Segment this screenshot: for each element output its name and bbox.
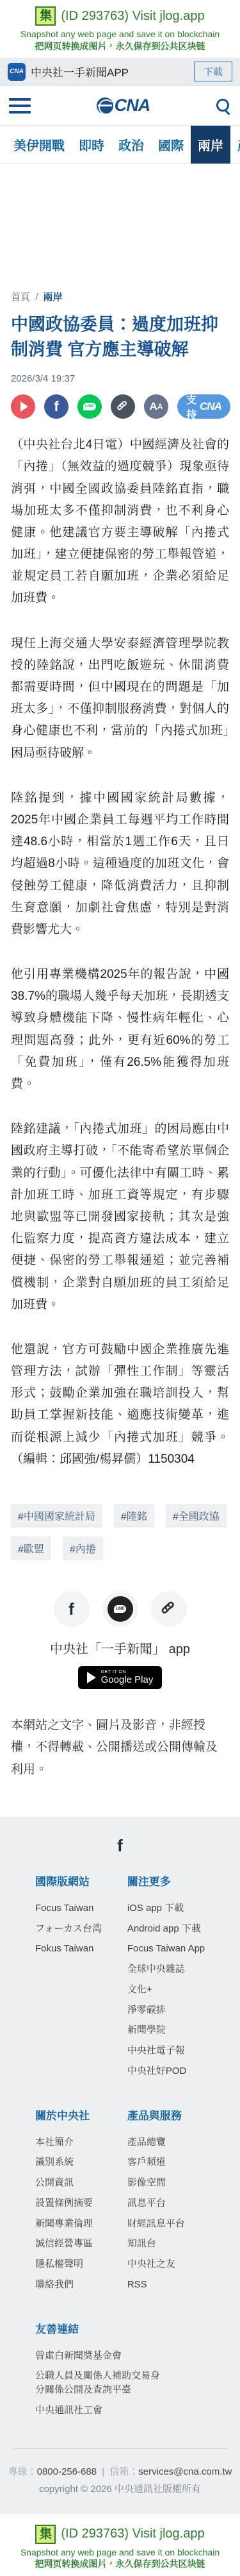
article-date: 2026/3/4 19:37 xyxy=(11,373,229,384)
app-promo: 中央社「一手新聞」 app GET IT ON Google Play xyxy=(11,1638,229,1689)
footer-link[interactable]: 曾虛白新聞獎基金會 xyxy=(35,2349,122,2363)
play-icon xyxy=(20,401,28,412)
tag-link[interactable]: #中國國家統計局 xyxy=(11,1504,102,1528)
jlog-promo-subtitle-en: Snapshot any web page and save it on blo… xyxy=(5,28,235,40)
footer-link[interactable]: 中央社電子報 xyxy=(127,2044,185,2058)
app-banner-name: 中央社一手新聞APP xyxy=(31,63,189,80)
audio-play-button[interactable] xyxy=(11,394,35,419)
facebook-icon: f xyxy=(54,398,58,415)
jlog-promo-subtitle-zh: 把网页转换成图片，永久保存到公共区块链 xyxy=(5,2558,235,2571)
footer-col-products: 產品與服務 產品總覽 客戶頻道 影像空間 訊息平台 財經訊息平台 知訊台 中央社… xyxy=(127,2107,231,2298)
footer-link[interactable]: 公開資訊 xyxy=(35,2176,74,2190)
breadcrumb-home-link[interactable]: 首頁 xyxy=(11,292,30,303)
bottom-share-toolbar: f LINE xyxy=(11,1591,229,1627)
facebook-icon: f xyxy=(68,1599,74,1619)
jlog-promo-banner-top[interactable]: 集 (ID 293763) Visit jlog.app Snapshot an… xyxy=(0,0,240,58)
article-paragraph: 他還說，官方可鼓勵中國企業推廣先進管理方法，試辦「彈性工作制」等靈活形式；鼓勵企… xyxy=(11,1339,229,1470)
footer-link[interactable]: iOS app 下載 xyxy=(127,1901,184,1915)
font-size-icon: A xyxy=(150,400,157,413)
jlog-logo-icon: 集 xyxy=(35,6,56,26)
google-play-icon xyxy=(87,1672,96,1683)
breadcrumb-separator: / xyxy=(35,292,38,303)
tag-link[interactable]: #歐盟 xyxy=(11,1536,51,1560)
link-icon xyxy=(116,400,129,413)
footer-heading: 關於中央社 xyxy=(35,2107,127,2123)
article-paragraph: 陸銘建議，「內捲式加班」的困局應由中國政府主導打破，「不能寄希望於單個企業的行動… xyxy=(11,1118,229,1316)
tab-world[interactable]: 國際 xyxy=(151,126,191,164)
tab-us-iran-war[interactable]: 美伊開戰 xyxy=(6,126,72,164)
article-main: 首頁 / 兩岸 中國政協委員：過度加班抑制消費 官方應主導破解 2026/3/4… xyxy=(0,290,240,1689)
footer-link[interactable]: Focus Taiwan xyxy=(35,1901,93,1915)
tab-business[interactable]: 產經 xyxy=(230,126,240,164)
copy-link-button-bottom[interactable] xyxy=(151,1591,187,1627)
tag-link[interactable]: #內捲 xyxy=(63,1536,103,1560)
footer-link[interactable]: 知訊台 xyxy=(127,2237,156,2251)
footer-link[interactable]: 中央通訊社工會 xyxy=(35,2403,102,2418)
footer-link[interactable]: 聯絡我們 xyxy=(35,2278,74,2292)
footer-facebook-button[interactable]: f xyxy=(117,1836,123,1856)
footer-col-follow-more: 關注更多 iOS app 下載 Android app 下載 Focus Tai… xyxy=(127,1873,231,2085)
footer-link[interactable]: 設置條例摘要 xyxy=(35,2196,93,2210)
copy-link-button[interactable] xyxy=(111,394,135,419)
support-cna-logo: CNA xyxy=(200,400,221,413)
footer-link[interactable]: 客戶頻道 xyxy=(127,2155,166,2169)
footer-link[interactable]: 財經訊息平台 xyxy=(127,2217,185,2231)
font-size-button[interactable]: AA xyxy=(144,394,168,419)
footer-col-about: 關於中央社 本社簡介 識別系統 公開資訊 設置條例摘要 新聞專業倫理 誠信經營專… xyxy=(35,2107,127,2298)
footer-link[interactable]: 公職人員及關係人補助交易身分關係公開及查詢平臺 xyxy=(35,2369,163,2397)
footer-link-columns: 國際版網站 Focus Taiwan フォーカス台湾 Fokus Taiwan … xyxy=(0,1873,240,2298)
app-promo-text: 中央社「一手新聞」 app xyxy=(11,1638,229,1657)
facebook-share-button[interactable]: f xyxy=(44,394,68,419)
tag-link[interactable]: #全國政協 xyxy=(166,1504,227,1528)
tab-breaking[interactable]: 即時 xyxy=(72,126,111,164)
jlog-promo-subtitle-zh: 把网页转换成图片，永久保存到公共区块链 xyxy=(5,40,235,53)
empty-ad-slot xyxy=(0,164,240,290)
jlog-promo-banner-bottom[interactable]: 集 (ID 293763) Visit jlog.app Snapshot an… xyxy=(0,2514,240,2576)
facebook-share-button-bottom[interactable]: f xyxy=(54,1591,90,1627)
menu-icon[interactable] xyxy=(9,98,31,114)
cna-logo[interactable]: CNA xyxy=(97,96,150,115)
line-icon: LINE xyxy=(108,1596,133,1622)
google-play-badge[interactable]: GET IT ON Google Play xyxy=(78,1666,163,1689)
search-icon[interactable] xyxy=(216,98,231,114)
footer-link[interactable]: 中央社之友 xyxy=(127,2257,175,2271)
line-share-button-bottom[interactable]: LINE xyxy=(102,1591,138,1627)
footer-heading: 國際版網站 xyxy=(35,1873,127,1889)
footer-link[interactable]: フォーカス台湾 xyxy=(35,1922,102,1936)
jlog-logo-icon: 集 xyxy=(35,2525,56,2544)
site-header: CNA xyxy=(0,86,240,126)
footer-link[interactable]: 淨零碳排 xyxy=(127,2003,166,2017)
tag-link[interactable]: #陸銘 xyxy=(114,1504,154,1528)
footer-link[interactable]: 產品總覽 xyxy=(127,2135,166,2150)
page-title: 中國政協委員：過度加班抑制消費 官方應主導破解 xyxy=(11,312,229,362)
footer-col-international: 國際版網站 Focus Taiwan フォーカス台湾 Fokus Taiwan xyxy=(35,1873,127,2085)
app-download-banner: CNA 中央社一手新聞APP 下載 xyxy=(0,58,240,86)
footer-link[interactable]: RSS xyxy=(127,2278,147,2292)
footer-copyright: copyright © 2026 中央通訊社版權所有 xyxy=(0,2478,240,2514)
footer-link[interactable]: 訊息平台 xyxy=(127,2196,166,2210)
support-label: 支持 xyxy=(186,392,196,421)
google-play-line2: Google Play xyxy=(101,1675,154,1686)
footer-link[interactable]: 隱私權聲明 xyxy=(35,2257,83,2271)
article-paragraph: 陸銘提到，據中國國家統計局數據，2025年中國企業員工每週平均工作時間達48.6… xyxy=(11,787,229,941)
share-toolbar: f LINE AA 支持 CNA xyxy=(11,394,229,419)
footer-link[interactable]: 影像空間 xyxy=(127,2176,166,2190)
site-footer: f 國際版網站 Focus Taiwan フォーカス台湾 Fokus Taiwa… xyxy=(0,1817,240,2514)
jlog-promo-title[interactable]: (ID 293763) Visit jlog.app xyxy=(61,9,204,24)
email-link[interactable]: services@cna.com.tw xyxy=(138,2466,232,2477)
tab-politics[interactable]: 政治 xyxy=(111,126,151,164)
article-paragraph: 他引用專業機構2025年的報告說，中國38.7%的職場人幾乎每天加班，長期透支導… xyxy=(11,964,229,1095)
footer-link[interactable]: 本社簡介 xyxy=(35,2135,74,2150)
footer-heading: 友善連結 xyxy=(35,2320,163,2336)
cna-app-icon: CNA xyxy=(8,63,26,81)
email-label: 信箱： xyxy=(109,2466,138,2477)
app-download-button[interactable]: 下載 xyxy=(194,62,232,81)
copyright-notice: 本網站之文字、圖片及影音，非經授權，不得轉載、公開播送或公開傳輸及利用。 xyxy=(0,1715,240,1781)
footer-link[interactable]: 誠信經營專區 xyxy=(35,2237,93,2251)
footer-link[interactable]: Fokus Taiwan xyxy=(35,1942,93,1956)
support-cna-button[interactable]: 支持 CNA xyxy=(177,394,230,419)
link-icon xyxy=(161,1601,177,1617)
article-paragraph: （中央社台北4日電）中國經濟及社會的「內捲」（無效益的過度競爭）現象亟待消弭，中… xyxy=(11,434,229,610)
footer-contact: 專線：0800-256-688 | 信箱：services@cna.com.tw xyxy=(0,2449,240,2478)
footer-heading: 產品與服務 xyxy=(127,2107,231,2123)
jlog-promo-title[interactable]: (ID 293763) Visit jlog.app xyxy=(61,2527,204,2541)
category-nav: 美伊開戰 即時 政治 國際 兩岸 產經 xyxy=(0,126,240,164)
footer-link[interactable]: 識別系統 xyxy=(35,2155,74,2169)
footer-link[interactable]: Android app 下載 xyxy=(127,1922,201,1936)
footer-link[interactable]: 中央社好POD xyxy=(127,2064,187,2078)
article-paragraph: 現任上海交通大學安泰經濟管理學院教授的陸銘說，出門吃飯遊玩、休閒消費都需要時間，… xyxy=(11,633,229,764)
article-body: （中央社台北4日電）中國經濟及社會的「內捲」（無效益的過度競爭）現象亟待消弭，中… xyxy=(11,434,229,1470)
footer-col-friendly-links: 友善連結 曾虛白新聞獎基金會 公職人員及關係人補助交易身分關係公開及查詢平臺 中… xyxy=(0,2298,240,2430)
breadcrumb: 首頁 / 兩岸 xyxy=(11,290,229,303)
footer-link[interactable]: 新聞專業倫理 xyxy=(35,2217,93,2231)
tab-cross-strait[interactable]: 兩岸 xyxy=(191,126,230,164)
jlog-promo-subtitle-en: Snapshot any web page and save it on blo… xyxy=(5,2547,235,2559)
line-share-button[interactable]: LINE xyxy=(77,394,102,419)
footer-link[interactable]: 新聞學院 xyxy=(127,2023,166,2037)
hotline-number: 0800-256-688 xyxy=(37,2466,97,2477)
cna-logo-text: CNA xyxy=(115,96,150,115)
footer-link[interactable]: 文化+ xyxy=(127,1983,152,1997)
hotline-label: 專線： xyxy=(8,2466,37,2477)
footer-heading: 關注更多 xyxy=(127,1873,231,1889)
footer-link[interactable]: 全球中央雜誌 xyxy=(127,1962,185,1976)
cna-globe-icon xyxy=(97,97,113,114)
line-icon: LINE xyxy=(83,403,96,410)
tag-list: #中國國家統計局 #陸銘 #全國政協 #歐盟 #內捲 xyxy=(11,1504,229,1560)
footer-link[interactable]: Focus Taiwan App xyxy=(127,1942,205,1956)
breadcrumb-section-link[interactable]: 兩岸 xyxy=(44,292,63,303)
facebook-icon: f xyxy=(117,1836,123,1855)
